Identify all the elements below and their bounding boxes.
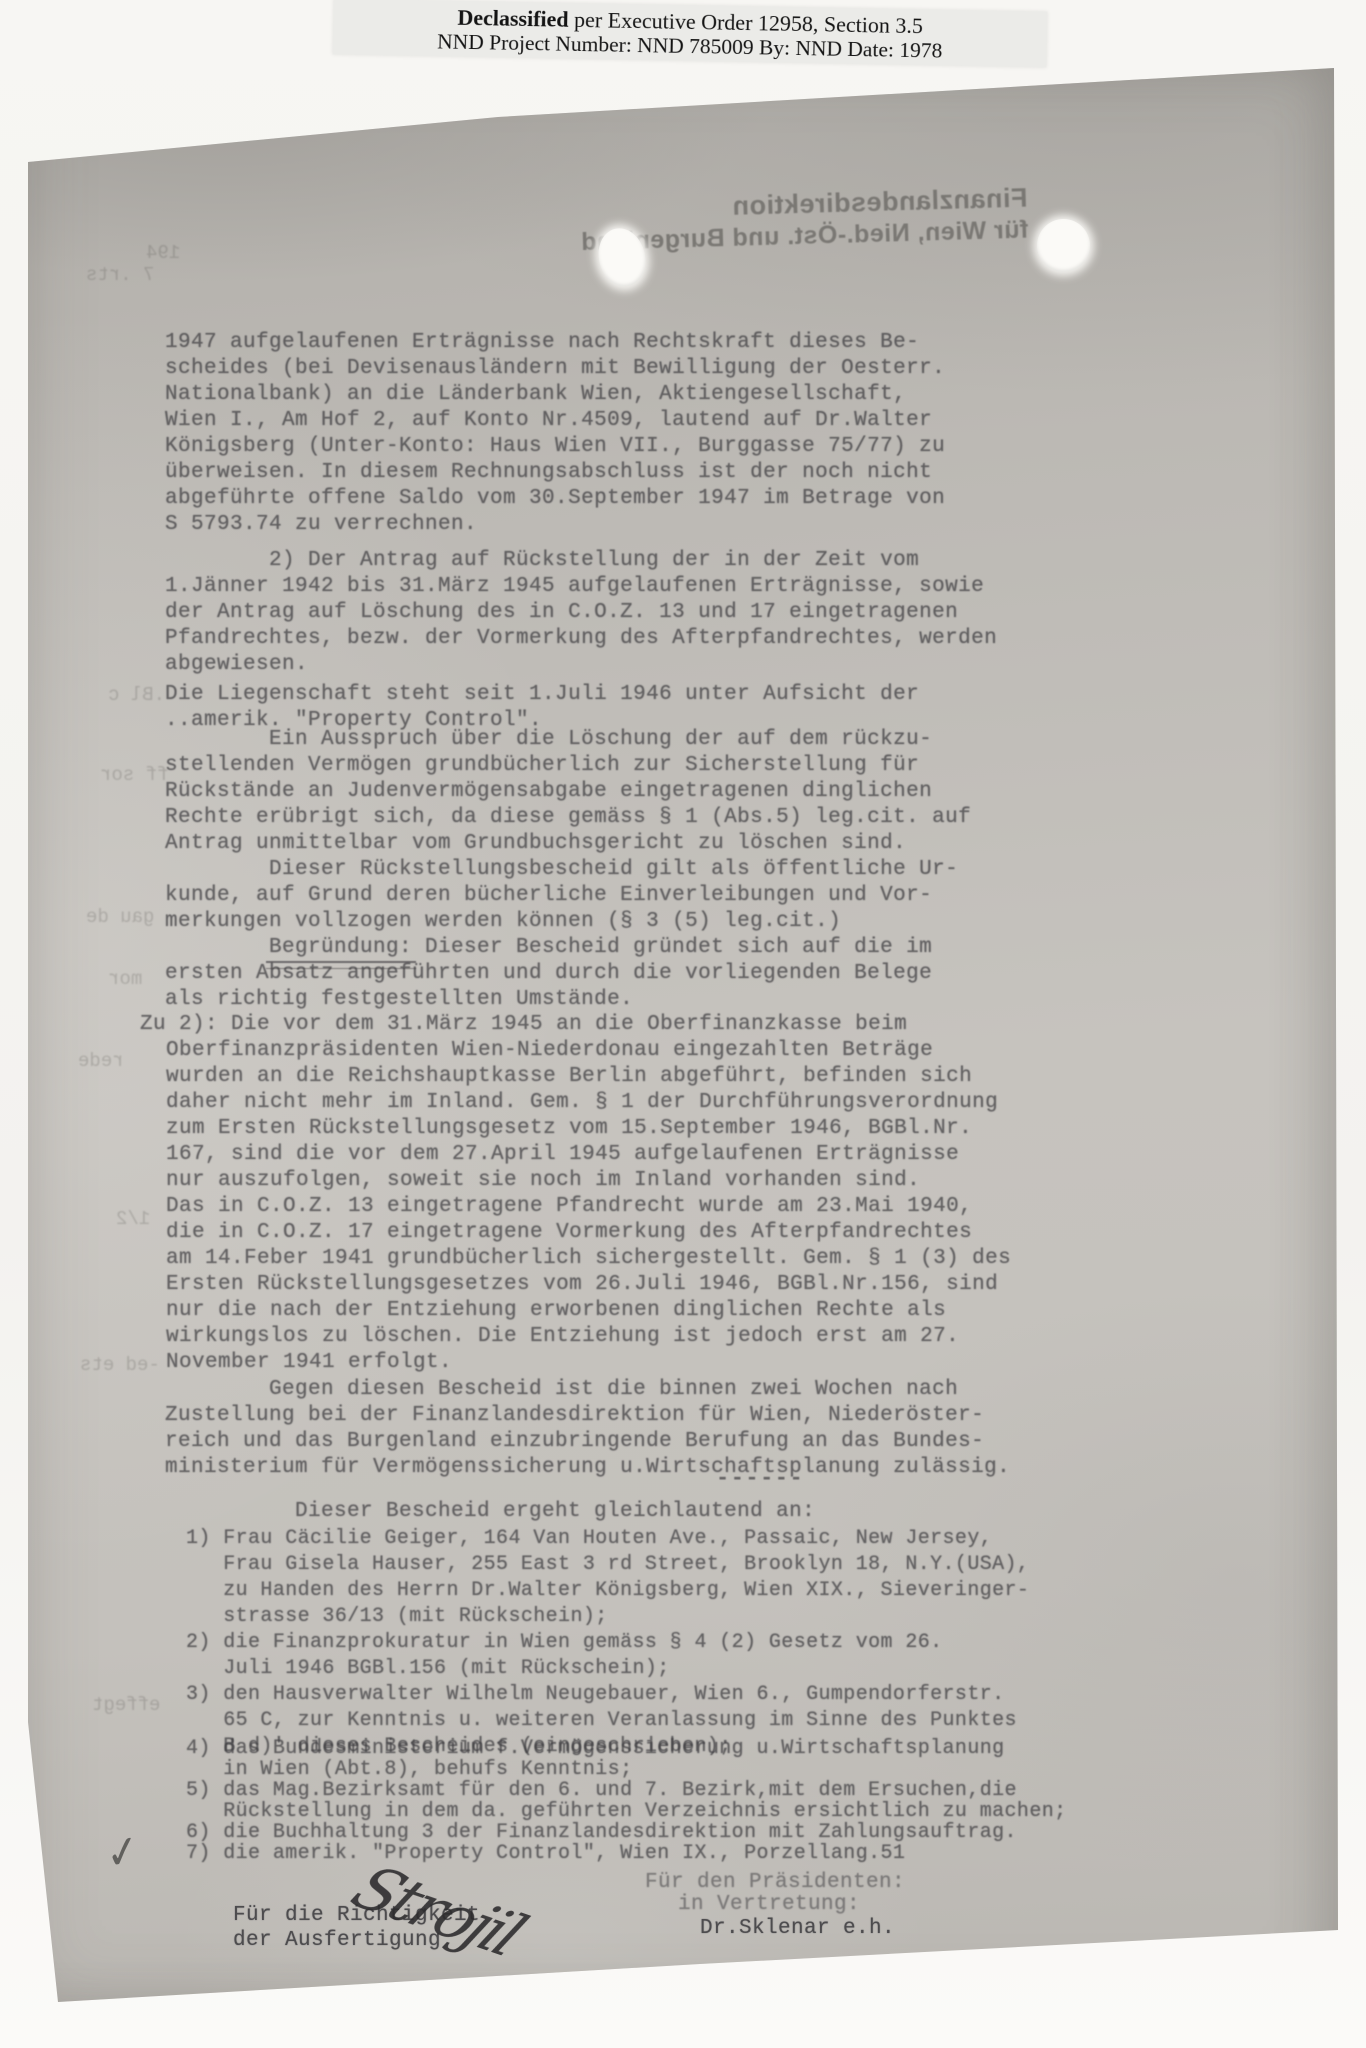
bleedthrough-artifact: .Bl c bbox=[108, 684, 165, 706]
distribution-items-1-3: 1) Frau Cäcilie Geiger, 164 Van Houten A… bbox=[186, 1526, 1029, 1760]
closing-in-vertretung: in Vertretung: bbox=[678, 1892, 860, 1918]
scanned-document-paper: Finanzlandesdirektion für Wien, Nied.-Ös… bbox=[28, 62, 1340, 2004]
bleedthrough-artifact: 7 .rts bbox=[86, 264, 154, 286]
closing-signatory-name: Dr.Sklenar e.h. bbox=[700, 1916, 895, 1942]
bleedthrough-artifact: gau de bbox=[86, 906, 154, 928]
dash-separator: ------ bbox=[716, 1466, 804, 1491]
declassification-stamp: Declassified per Executive Order 12958, … bbox=[333, 0, 1048, 68]
punch-hole-right bbox=[1037, 219, 1090, 272]
distribution-heading: Dieser Bescheid ergeht gleichlautend an: bbox=[295, 1499, 815, 1525]
paragraph-zu2-explanation: Zu 2): Die vor dem 31.März 1945 an die O… bbox=[140, 1012, 1011, 1376]
distribution-items-4-7: 4) das Bundesministerium f.Vermögenssich… bbox=[186, 1738, 1067, 1864]
begruendung-underline bbox=[266, 961, 416, 969]
paragraph-begruendung: Ein Ausspruch über die Löschung der auf … bbox=[165, 727, 971, 1013]
bleedthrough-artifact: mor bbox=[108, 968, 142, 990]
bleedthrough-artifact: rede bbox=[78, 1050, 124, 1072]
paragraph-transfer-order: 1947 aufgelaufenen Erträgnisse nach Rech… bbox=[165, 330, 945, 538]
declassified-word: Declassified bbox=[457, 5, 569, 32]
handwritten-checkmark: ✓ bbox=[102, 1824, 143, 1881]
paragraph-appeal-notice: Gegen diesen Bescheid ist die binnen zwe… bbox=[165, 1377, 1010, 1481]
bleedthrough-artifact: 194 bbox=[146, 242, 180, 264]
paragraph-point2-rejection: 2) Der Antrag auf Rückstellung der in de… bbox=[165, 548, 997, 678]
bleedthrough-artifact: effegt bbox=[92, 1694, 160, 1716]
bleedthrough-artifact: ff sor bbox=[100, 764, 168, 786]
